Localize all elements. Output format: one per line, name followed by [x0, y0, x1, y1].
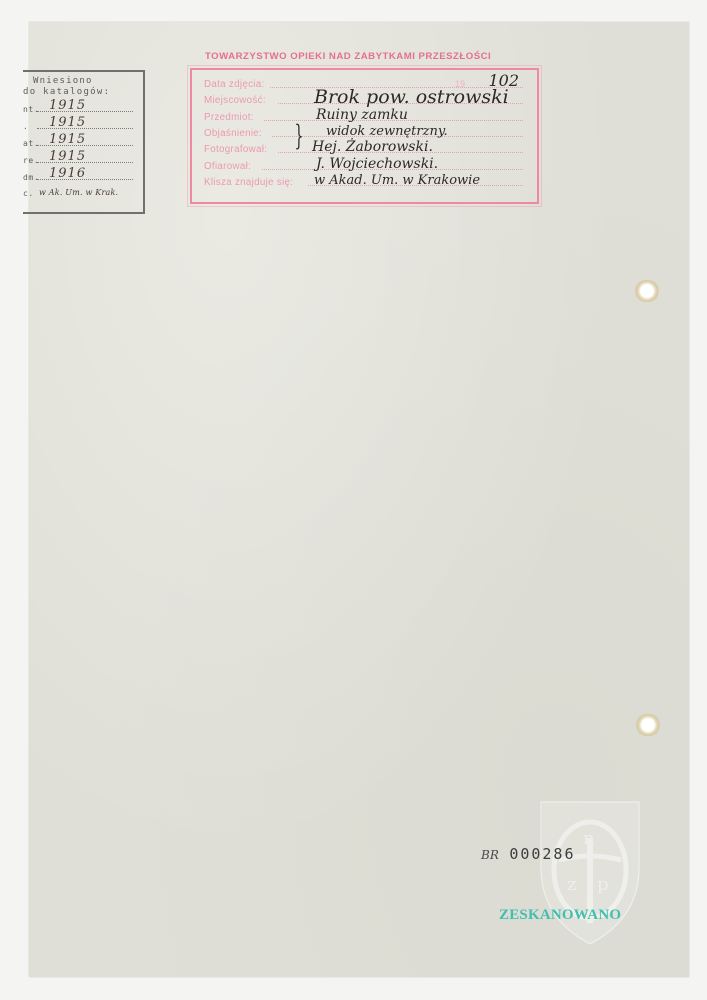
svg-text:z: z	[567, 874, 576, 895]
field-label: Przedmiot:	[204, 112, 254, 123]
svg-text:p: p	[597, 874, 609, 895]
field-donor: Ofiarował: J. Wojciechowski.	[204, 156, 523, 172]
catalog-row-label: c.	[23, 189, 34, 198]
catalog-row: dm. 1916	[23, 168, 135, 182]
catalog-row: . 1915	[23, 117, 135, 131]
catalog-row: c. w Ak. Um. w Krak.	[23, 184, 135, 198]
catalog-row-value: 1915	[49, 149, 86, 164]
field-value: J. Wojciechowski.	[316, 156, 438, 172]
catalog-stamp-subtitle: do katalogów:	[23, 87, 110, 97]
field-label: Ofiarował:	[204, 161, 251, 172]
scanned-stamp: ZESKANOWANO	[499, 907, 621, 924]
field-label: Miejscowość:	[204, 95, 266, 106]
field-label: Fotografował:	[204, 144, 267, 155]
field-label: Objaśnienie:	[204, 128, 262, 139]
punch-hole	[634, 280, 660, 302]
field-plate-location: Klisza znajduje się: w Akad. Um. w Krako…	[204, 172, 523, 188]
field-description: Objaśnienie: widok zewnętrzny.	[204, 123, 523, 139]
catalog-row-label: dm.	[23, 173, 39, 182]
nzp-watermark-icon: n z p	[537, 798, 643, 948]
svg-text:n: n	[583, 828, 595, 849]
society-stamp-title: TOWARZYSTWO OPIEKI NAD ZABYTKAMI PRZESZŁ…	[205, 51, 491, 62]
catalog-row-value: 1915	[49, 98, 86, 113]
catalog-row-label: nt.	[23, 105, 39, 114]
catalog-row-label: .	[23, 122, 28, 131]
field-value: w Akad. Um. w Krakowie	[314, 173, 480, 188]
inventory-number: BR 000286	[481, 845, 576, 864]
field-label: Data zdjęcia:	[204, 79, 265, 90]
field-photographer: Fotografował: Hej. Żaborowski.	[204, 139, 523, 155]
catalog-row-value: 1916	[49, 166, 86, 181]
catalog-row: at. 1915	[23, 134, 135, 148]
catalog-stamp-title: Wniesiono	[33, 76, 93, 86]
society-stamp: Data zdjęcia: 19 102 Miejscowość: Brok p…	[190, 68, 539, 204]
field-value: Brok pow. ostrowski	[314, 86, 509, 108]
field-label: Klisza znajduje się:	[204, 177, 293, 188]
catalog-row: re. 1915	[23, 151, 135, 165]
catalog-row-value: 1915	[49, 115, 86, 130]
catalog-stamp: Wniesiono do katalogów: nt. 1915 . 1915 …	[23, 70, 145, 214]
catalog-row-label: at.	[23, 139, 39, 148]
catalog-row-value: w Ak. Um. w Krak.	[39, 188, 118, 197]
field-value: Hej. Żaborowski.	[312, 139, 433, 155]
field-object: Przedmiot: Ruiny zamku	[204, 107, 523, 123]
catalog-row: nt. 1915	[23, 100, 135, 114]
inventory-digits: 000286	[509, 845, 575, 863]
field-value: widok zewnętrzny.	[326, 124, 448, 139]
field-value: Ruiny zamku	[316, 107, 408, 123]
punch-hole	[635, 714, 661, 736]
field-location: Miejscowość: Brok pow. ostrowski	[204, 90, 523, 106]
catalog-row-label: re.	[23, 156, 39, 165]
document-page: Wniesiono do katalogów: nt. 1915 . 1915 …	[29, 22, 689, 977]
catalog-row-value: 1915	[49, 132, 86, 147]
inventory-prefix: BR	[481, 848, 499, 862]
